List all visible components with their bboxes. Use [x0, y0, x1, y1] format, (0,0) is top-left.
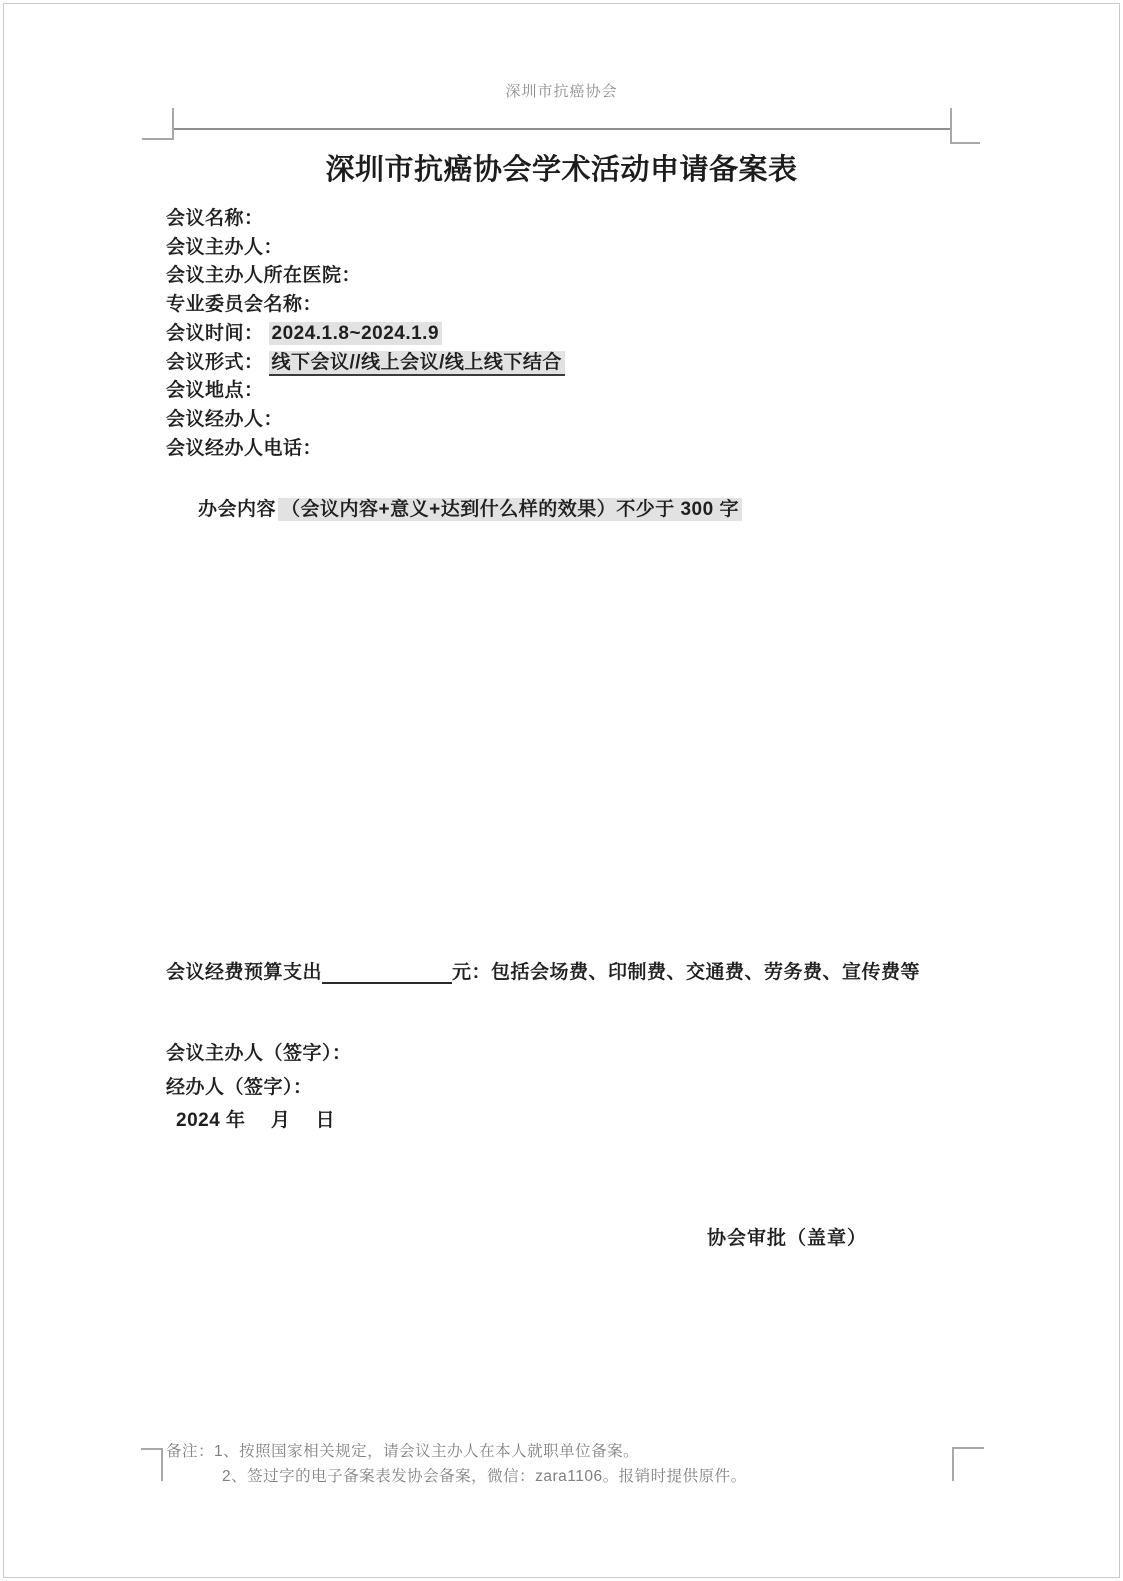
- footer-notes: 备注：1、按照国家相关规定，请会议主办人在本人就职单位备案。 2、签过字的电子备…: [166, 1439, 747, 1489]
- field-committee-name: 专业委员会名称：: [166, 291, 565, 320]
- field-label: 会议经办人电话：: [166, 438, 322, 459]
- budget-prefix: 会议经费预算支出: [166, 962, 322, 983]
- header-rule: [172, 128, 952, 130]
- note-line-2: 2、签过字的电子备案表发协会备案，微信：zara1106。报销时提供原件。: [166, 1464, 747, 1489]
- date-line: 2024 年 月 日: [176, 1104, 352, 1138]
- field-label: 会议地点：: [166, 380, 264, 401]
- field-meeting-name: 会议名称：: [166, 205, 565, 234]
- crop-mark-bottom-left-vertical: [161, 1448, 163, 1481]
- page-header-text: 深圳市抗癌协会: [4, 80, 1119, 101]
- note-line-1: 备注：1、按照国家相关规定，请会议主办人在本人就职单位备案。: [166, 1439, 747, 1464]
- budget-amount-blank: [322, 964, 452, 984]
- crop-mark-top-right-vertical: [950, 108, 952, 144]
- host-signature-line: 会议主办人（签字）：: [166, 1037, 352, 1071]
- page-title: 深圳市抗癌协会学术活动申请备案表: [4, 147, 1119, 188]
- field-meeting-agent: 会议经办人：: [166, 406, 565, 435]
- crop-mark-bottom-right-tick: [952, 1447, 984, 1449]
- agent-signature-line: 经办人（签字）：: [166, 1071, 352, 1105]
- field-label: 会议形式：: [166, 352, 264, 373]
- crop-mark-top-left-tick: [142, 138, 172, 140]
- field-meeting-time: 会议时间：2024.1.8~2024.1.9: [166, 320, 565, 349]
- field-host-hospital: 会议主办人所在医院：: [166, 262, 565, 291]
- budget-line: 会议经费预算支出元：包括会场费、印制费、交通费、劳务费、宣传费等: [166, 957, 920, 984]
- budget-suffix: 元：包括会场费、印制费、交通费、劳务费、宣传费等: [452, 962, 920, 983]
- field-value-highlighted: 线下会议//线上会议/线上线下结合: [269, 351, 565, 376]
- field-label: 会议主办人所在医院：: [166, 265, 361, 286]
- approval-seal-line: 协会审批（盖章）: [707, 1223, 867, 1250]
- field-label: 专业委员会名称：: [166, 294, 322, 315]
- field-label: 会议名称：: [166, 208, 264, 229]
- signature-block: 会议主办人（签字）： 经办人（签字）： 2024 年 月 日: [166, 1037, 352, 1138]
- field-value-highlighted: 2024.1.8~2024.1.9: [269, 322, 443, 345]
- crop-mark-top-right-tick: [950, 142, 980, 144]
- content-requirement-highlighted: （会议内容+意义+达到什么样的效果）不少于 300 字: [278, 498, 742, 521]
- crop-mark-bottom-right-vertical: [952, 1447, 954, 1481]
- document-page: 深圳市抗癌协会 深圳市抗癌协会学术活动申请备案表 会议名称： 会议主办人： 会议…: [3, 3, 1120, 1578]
- field-meeting-place: 会议地点：: [166, 377, 565, 406]
- field-meeting-host: 会议主办人：: [166, 234, 565, 263]
- content-prefix: 办会内容: [198, 499, 276, 520]
- field-meeting-format: 会议形式：线下会议//线上会议/线上线下结合: [166, 349, 565, 378]
- content-requirement-line: 办会内容（会议内容+意义+达到什么样的效果）不少于 300 字: [198, 494, 742, 521]
- form-fields: 会议名称： 会议主办人： 会议主办人所在医院： 专业委员会名称： 会议时间：20…: [166, 205, 565, 463]
- crop-mark-top-left-vertical: [172, 108, 174, 140]
- field-agent-phone: 会议经办人电话：: [166, 435, 565, 464]
- field-label: 会议主办人：: [166, 237, 283, 258]
- field-label: 会议时间：: [166, 323, 264, 344]
- crop-mark-bottom-left-tick: [141, 1448, 163, 1450]
- field-label: 会议经办人：: [166, 409, 283, 430]
